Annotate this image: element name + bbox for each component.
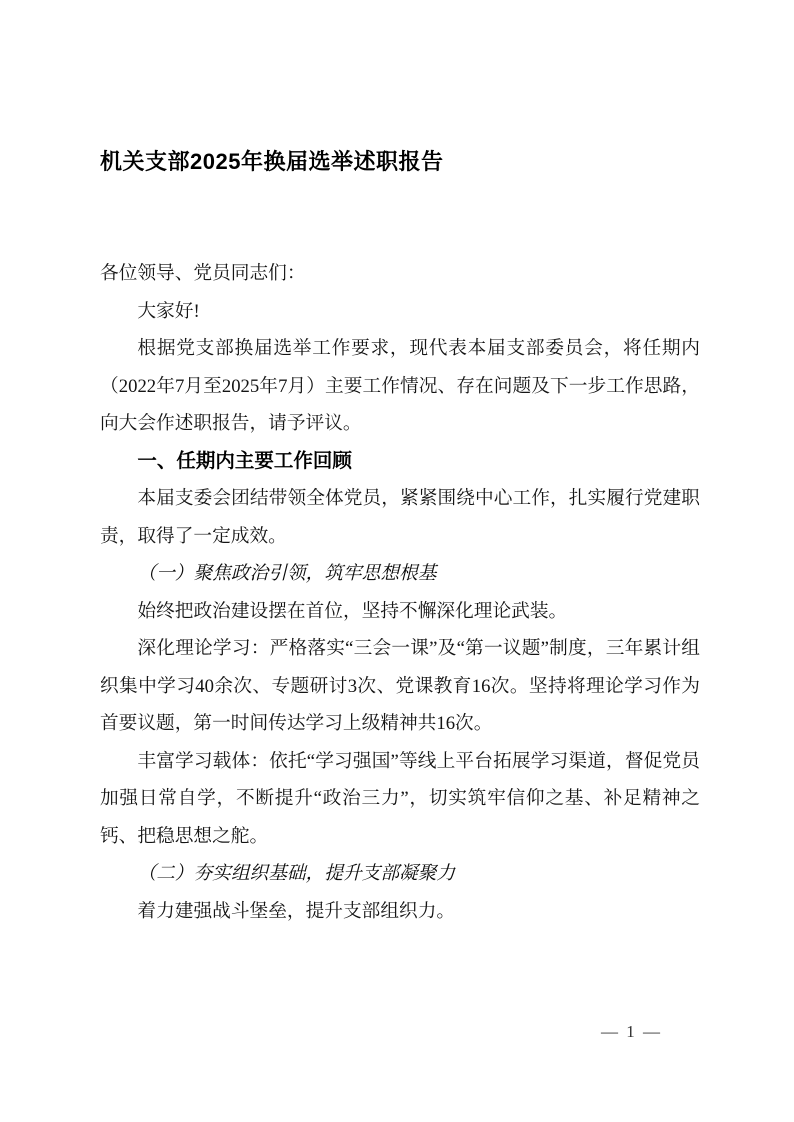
body-paragraph: 深化理论学习：严格落实“三会一课”及“第一议题”制度，三年累计组织集中学习40余… <box>100 630 700 743</box>
page-footer: — 1 — <box>601 1022 662 1042</box>
paragraph-greeting: 大家好! <box>100 293 700 331</box>
body-paragraph: 本届支委会团结带领全体党员，紧紧围绕中心工作，扎实履行党建职责，取得了一定成效。 <box>100 480 700 555</box>
page-number: — 1 — <box>601 1022 662 1041</box>
document-title: 机关支部2025年换届选举述职报告 <box>100 148 700 176</box>
section-heading-1: 一、任期内主要工作回顾 <box>100 443 700 481</box>
subsection-heading-2: （二）夯实组织基础，提升支部凝聚力 <box>100 855 700 893</box>
paragraph-salutation: 各位领导、党员同志们： <box>100 255 700 293</box>
subsection-heading-1: （一）聚焦政治引领，筑牢思想根基 <box>100 555 700 593</box>
document-content: 机关支部2025年换届选举述职报告 各位领导、党员同志们： 大家好! 根据党支部… <box>100 148 700 930</box>
body-paragraph: 着力建强战斗堡垒，提升支部组织力。 <box>100 893 700 931</box>
body-paragraph: 丰富学习载体：依托“学习强国”等线上平台拓展学习渠道，督促党员加强日常自学，不断… <box>100 743 700 856</box>
body-paragraph: 始终把政治建设摆在首位，坚持不懈深化理论武装。 <box>100 593 700 631</box>
paragraph-intro: 根据党支部换届选举工作要求，现代表本届支部委员会，将任期内（2022年7月至20… <box>100 330 700 443</box>
document-page: 机关支部2025年换届选举述职报告 各位领导、党员同志们： 大家好! 根据党支部… <box>0 0 794 1122</box>
